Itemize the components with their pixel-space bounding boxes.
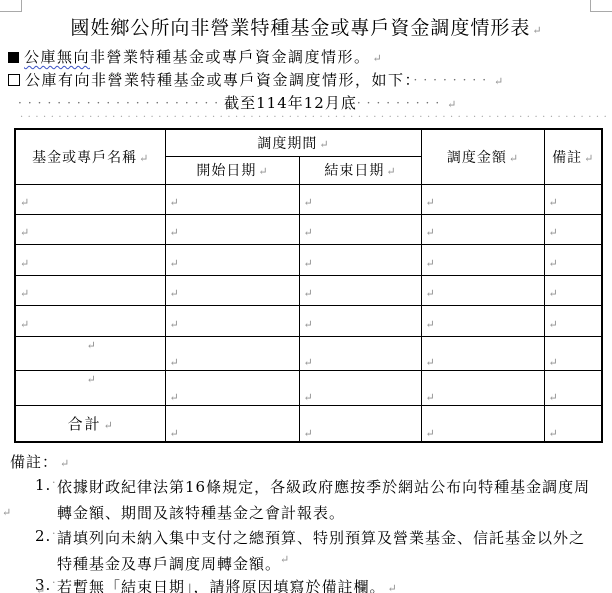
fund-transfer-table: 基金或專戶名稱↵ 調度期間↵ 調度金額↵ 備註↵ 開始日期↵ 結束日期↵ ↵ ↵…	[14, 128, 603, 443]
paragraph-mark-icon: ↵	[371, 52, 382, 65]
cell-end-mark-icon: ↵	[545, 226, 558, 239]
cell-end-mark-icon: ↵	[545, 196, 558, 209]
cell-end-mark-icon: ↵	[85, 373, 96, 386]
cell-end-mark-icon: ↵	[300, 391, 313, 404]
cell-end-mark-icon: ↵	[166, 356, 179, 369]
start-date-cell[interactable]: ↵	[165, 275, 299, 305]
cell-end-mark-icon: ↵	[166, 318, 179, 331]
cell-end-mark-icon: ↵	[545, 257, 558, 270]
start-date-cell[interactable]: ↵	[165, 336, 299, 370]
remark-cell[interactable]: ↵	[544, 214, 602, 244]
total-remark-cell[interactable]: ↵	[544, 405, 602, 442]
cell-end-mark-icon: ↵	[300, 196, 313, 209]
col-header-period: 調度期間↵	[165, 129, 421, 156]
note-item-text-group: 若暫無「結束日期」，請將原因填寫於備註欄。↵	[57, 576, 397, 593]
table-row: ↵ ↵ ↵ ↵ ↵	[15, 214, 602, 244]
cell-end-mark-icon: ↵	[422, 287, 435, 300]
cell-end-mark-icon: ↵	[16, 257, 29, 270]
cell-end-mark-icon: ↵	[545, 391, 558, 404]
start-date-cell[interactable]: ↵	[165, 305, 299, 336]
notes-heading: 備註：↵	[10, 451, 69, 472]
remark-cell[interactable]: ↵	[544, 244, 602, 275]
total-row: 合計↵ ↵ ↵ ↵ ↵	[15, 405, 602, 442]
remark-cell[interactable]: ↵	[544, 336, 602, 370]
space-marks: ········	[414, 73, 493, 87]
note-item-text: 特種基金及專戶調度周轉金額。	[57, 553, 281, 574]
paragraph-mark-icon: ↵	[317, 138, 328, 151]
col-header-label: 調度期間	[257, 136, 317, 152]
page-title-row: 國姓鄉公所向非營業特種基金或專戶資金調度情形表↵	[0, 13, 612, 40]
paragraph-mark-icon: ↵	[0, 506, 11, 519]
page-title: 國姓鄉公所向非營業特種基金或專戶資金調度情形表	[70, 17, 530, 39]
fund-name-cell[interactable]: ↵	[15, 184, 165, 214]
paragraph-mark-icon: ↵	[582, 152, 593, 165]
remark-cell[interactable]: ↵	[544, 305, 602, 336]
col-header-label: 結束日期	[324, 163, 384, 179]
start-date-cell[interactable]: ↵	[165, 184, 299, 214]
fund-name-cell[interactable]: ↵	[15, 214, 165, 244]
col-header-remark: 備註↵	[544, 129, 602, 184]
note-item-text: 依據財政紀律法第16條規定，各級政府應按季於網站公布向特種基金調度周	[57, 476, 590, 497]
col-header-label: 基金或專戶名稱	[32, 150, 137, 166]
cell-end-mark-icon: ↵	[166, 287, 179, 300]
end-date-cell[interactable]: ↵	[299, 370, 421, 405]
amount-cell[interactable]: ↵	[421, 214, 544, 244]
total-label: 合計	[68, 415, 102, 433]
col-header-label: 備註	[552, 150, 582, 166]
paragraph-mark-icon: ↵	[256, 165, 267, 178]
cell-end-mark-icon: ↵	[300, 318, 313, 331]
cell-end-mark-icon: ↵	[545, 287, 558, 300]
space-marks: ········································…	[20, 112, 612, 123]
cell-end-mark-icon: ↵	[300, 226, 313, 239]
amount-cell[interactable]: ↵	[421, 244, 544, 275]
cell-end-mark-icon: ↵	[422, 226, 435, 239]
table-row: ↵ ↵ ↵ ↵ ↵	[15, 184, 602, 214]
option-has-transfer-text: 公庫有向非營業特種基金或專戶資金調度情形，如下：	[25, 71, 414, 89]
fund-name-cell[interactable]: ↵	[15, 370, 165, 405]
amount-cell[interactable]: ↵	[421, 184, 544, 214]
cell-end-mark-icon: ↵	[422, 391, 435, 404]
col-header-fund-name: 基金或專戶名稱↵	[15, 129, 165, 184]
remark-cell[interactable]: ↵	[544, 275, 602, 305]
col-header-end-date: 結束日期↵	[299, 156, 421, 184]
cell-end-mark-icon: ↵	[166, 226, 179, 239]
amount-cell[interactable]: ↵	[421, 275, 544, 305]
cell-end-mark-icon: ↵	[422, 318, 435, 331]
document-page: 國姓鄉公所向非營業特種基金或專戶資金調度情形表↵ 公庫無向非營業特種基金或專戶資…	[0, 0, 612, 593]
end-date-cell[interactable]: ↵	[299, 184, 421, 214]
cell-end-mark-icon: ↵	[545, 318, 558, 331]
end-date-cell[interactable]: ↵	[299, 336, 421, 370]
paragraph-mark-icon: ↵	[58, 457, 69, 470]
cell-end-mark-icon: ↵	[16, 226, 29, 239]
total-label-cell: 合計↵	[15, 405, 165, 442]
paragraph-mark-icon: ↵	[530, 24, 541, 37]
paragraph-mark-icon: ↵	[386, 582, 397, 593]
table-row: ↵ ↵ ↵ ↵ ↵	[15, 305, 602, 336]
table-row: ↵ ↵ ↵ ↵ ↵	[15, 275, 602, 305]
fund-name-cell[interactable]: ↵	[15, 336, 165, 370]
amount-cell[interactable]: ↵	[421, 370, 544, 405]
note-item-text: 轉金額、期間及該特種基金之會計報表。	[57, 502, 345, 523]
cell-end-mark-icon: ↵	[422, 196, 435, 209]
paragraph-mark-icon: ↵	[34, 584, 45, 593]
remark-cell[interactable]: ↵	[544, 184, 602, 214]
total-amount-cell[interactable]: ↵	[421, 405, 544, 442]
end-date-cell[interactable]: ↵	[299, 305, 421, 336]
paragraph-mark-icon: ↵	[137, 152, 148, 165]
note-item-text-flagged: 若暫無	[57, 578, 105, 593]
option-no-transfer-text: 非營業特種基金或專戶資金調度情形。	[90, 48, 371, 66]
start-date-cell[interactable]: ↵	[165, 214, 299, 244]
note-item-text: 請填列向未納入集中支付之總預算、特別預算及營業基金、信託基金以外之	[57, 527, 585, 548]
end-date-cell[interactable]: ↵	[299, 244, 421, 275]
col-header-label: 調度金額	[447, 150, 507, 166]
notes-heading-label: 備註：	[10, 453, 58, 471]
fund-name-cell[interactable]: ↵	[15, 275, 165, 305]
col-header-amount: 調度金額↵	[421, 129, 544, 184]
fund-name-cell[interactable]: ↵	[15, 244, 165, 275]
cell-end-mark-icon: ↵	[300, 427, 313, 440]
cell-end-mark-icon: ↵	[300, 356, 313, 369]
table-row: ↵ ↵ ↵ ↵ ↵	[15, 244, 602, 275]
cell-end-mark-icon: ↵	[166, 257, 179, 270]
end-date-cell[interactable]: ↵	[299, 275, 421, 305]
option-no-transfer-line: 公庫無向非營業特種基金或專戶資金調度情形。↵	[8, 46, 382, 67]
cell-end-mark-icon: ↵	[422, 427, 435, 440]
paragraph-mark-icon: ↵	[507, 152, 518, 165]
page-margin-corner-icon	[590, 0, 612, 12]
paragraph-mark-icon: ↵	[102, 419, 113, 432]
remark-cell[interactable]: ↵	[544, 370, 602, 405]
table-row: ↵ ↵ ↵ ↵ ↵	[15, 336, 602, 370]
unchecked-checkbox-icon[interactable]	[8, 74, 20, 86]
start-date-cell[interactable]: ↵	[165, 370, 299, 405]
total-start-date-cell[interactable]: ↵	[165, 405, 299, 442]
checked-checkbox-icon[interactable]	[8, 52, 19, 63]
start-date-cell[interactable]: ↵	[165, 244, 299, 275]
cell-end-mark-icon: ↵	[85, 339, 96, 352]
cell-end-mark-icon: ↵	[166, 196, 179, 209]
cell-end-mark-icon: ↵	[16, 196, 29, 209]
cell-end-mark-icon: ↵	[166, 391, 179, 404]
paragraph-mark-icon: ↵	[384, 165, 395, 178]
col-header-label: 開始日期	[196, 163, 256, 179]
cell-end-mark-icon: ↵	[166, 427, 179, 440]
option-has-transfer-line: 公庫有向非營業特種基金或專戶資金調度情形，如下：········↵	[8, 69, 503, 90]
note-item-1-line-2: 轉金額、期間及該特種基金之會計報表。↵	[0, 502, 11, 520]
cell-end-mark-icon: ↵	[16, 318, 29, 331]
paragraph-mark-icon: ↵	[492, 75, 503, 88]
option-no-transfer-text-flagged: 公庫無向	[24, 48, 90, 66]
page-margin-corner-icon	[0, 0, 22, 12]
cell-end-mark-icon: ↵	[16, 287, 29, 300]
unit-line: ········································…	[20, 107, 612, 126]
cell-end-mark-icon: ↵	[300, 257, 313, 270]
cell-end-mark-icon: ↵	[422, 257, 435, 270]
amount-cell[interactable]: ↵	[421, 305, 544, 336]
cell-end-mark-icon: ↵	[300, 287, 313, 300]
paragraph-mark-icon: ↵	[278, 553, 289, 566]
cell-end-mark-icon: ↵	[545, 427, 558, 440]
cell-end-mark-icon: ↵	[545, 356, 558, 369]
col-header-start-date: 開始日期↵	[165, 156, 299, 184]
total-end-date-cell[interactable]: ↵	[299, 405, 421, 442]
end-date-cell[interactable]: ↵	[299, 214, 421, 244]
fund-name-cell[interactable]: ↵	[15, 305, 165, 336]
table-row: ↵ ↵ ↵ ↵ ↵	[15, 370, 602, 405]
note-item-text: 「結束日期」，請將原因填寫於備註欄。	[105, 578, 386, 593]
cell-end-mark-icon: ↵	[422, 356, 435, 369]
amount-cell[interactable]: ↵	[421, 336, 544, 370]
